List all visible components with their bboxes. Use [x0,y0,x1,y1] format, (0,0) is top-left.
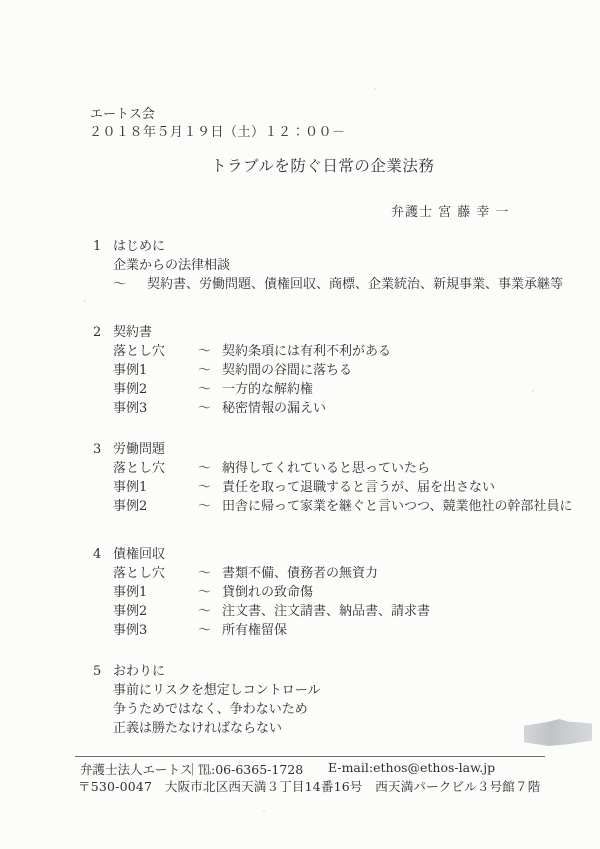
case-label: 事例2 [113,602,198,621]
section-introduction: 1 はじめに 企業からの法律相談 ～ 契約書、労働問題、債権回収、商標、企業統治… [93,237,563,294]
tilde-mark: ～ [113,275,147,294]
line-text: 正義は勝たなければならない [113,719,282,738]
tilde-mark: ～ [198,399,222,418]
speaker-name: 弁護士 宮 藤 幸 一 [391,201,510,220]
case-text: 一方的な解約権 [222,380,313,399]
case-text: 田舎に帰って家業を継ぐと言いつつ、競業他社の幹部社員に [222,497,572,516]
case-row: 事例2 ～ 田舎に帰って家業を継ぐと言いつつ、競業他社の幹部社員に [93,497,572,516]
case-label: 事例1 [113,361,198,380]
line-text: 事前にリスクを想定しコントロール [113,681,320,700]
case-row: 事例2 ～ 一方的な解約権 [93,380,391,399]
section-number: 1 [93,237,113,256]
case-text: 契約間の谷間に落ちる [222,361,352,380]
case-text: 納得してくれていると思っていたら [222,459,430,478]
case-row: 落とし穴 ～ 納得してくれていると思っていたら [93,459,572,478]
org-name: エートス会 [90,103,155,122]
case-row: 落とし穴 ～ 書類不備、債務者の無資力 [93,564,430,583]
section-number: 3 [93,440,113,459]
scan-speck [532,390,534,392]
scan-speck [84,300,86,302]
section-heading-row: 1 はじめに [93,237,563,256]
section-heading-row: 4 債権回収 [93,545,430,564]
section-number: 5 [93,662,113,681]
case-text: 責任を取って退職すると言うが、届を出さない [222,478,495,497]
case-label: 落とし穴 [113,564,198,583]
scan-speck [374,88,376,90]
case-row: 事例1 ～ 貸倒れの致命傷 [93,583,430,602]
tilde-mark: ～ [198,380,222,399]
section-heading: 契約書 [113,323,152,342]
tilde-mark: ～ [198,621,222,640]
case-text: 貸倒れの致命傷 [222,583,313,602]
case-row: 事例2 ～ 注文書、注文請書、納品書、請求書 [93,602,430,621]
tilde-mark: ～ [198,564,222,583]
line-text: 契約書、労働問題、債権回収、商標、企業統治、新規事業、事業承継等 [147,275,563,294]
section-labor-issues: 3 労働問題 落とし穴 ～ 納得してくれていると思っていたら 事例1 ～ 責任を… [93,440,572,516]
case-label: 事例3 [113,621,198,640]
section-number: 4 [93,545,113,564]
case-row: 事例3 ～ 秘密情報の漏えい [93,399,391,418]
tilde-mark: ～ [198,478,222,497]
section-conclusion: 5 おわりに 事前にリスクを想定しコントロール 争うためではなく、争わないため … [93,662,320,738]
case-label: 事例2 [113,380,198,399]
case-text: 契約条項には有利不利がある [222,342,391,361]
footer-divider [75,756,545,757]
section-line: 争うためではなく、争わないため [93,700,320,719]
scan-artifact [524,719,592,746]
section-heading: 債権回収 [113,545,165,564]
section-contracts: 2 契約書 落とし穴 ～ 契約条項には有利不利がある 事例1 ～ 契約間の谷間に… [93,323,391,418]
case-row: 落とし穴 ～ 契約条項には有利不利がある [93,342,391,361]
line-text: 争うためではなく、争わないため [113,700,308,719]
section-heading: はじめに [113,237,165,256]
section-heading-row: 5 おわりに [93,662,320,681]
section-debt-collection: 4 債権回収 落とし穴 ～ 書類不備、債務者の無資力 事例1 ～ 貸倒れの致命傷… [93,545,430,640]
email-address: E-mail:ethos@ethos-law.jp [328,760,495,775]
tilde-mark: ～ [198,459,222,478]
section-heading-row: 2 契約書 [93,323,391,342]
case-label: 事例3 [113,399,198,418]
scan-speck [263,810,265,812]
tilde-mark: ～ [198,361,222,380]
case-label: 落とし穴 [113,342,198,361]
section-line: 事前にリスクを想定しコントロール [93,681,320,700]
case-row: 事例1 ～ 契約間の谷間に落ちる [93,361,391,380]
line-text: 企業からの法律相談 [113,256,230,275]
firm-name: 弁護士法人エートス [80,760,192,778]
scanned-document-page: エートス会 ２０１８年５月１９日（土）１２：００－ トラブルを防ぐ日常の企業法務… [0,0,600,849]
section-line: ～ 契約書、労働問題、債権回収、商標、企業統治、新規事業、事業承継等 [93,275,563,294]
case-row: 事例3 ～ 所有権留保 [93,621,430,640]
case-text: 注文書、注文請書、納品書、請求書 [222,602,430,621]
section-heading: 労働問題 [113,440,165,459]
case-text: 所有権留保 [222,621,287,640]
document-title: トラブルを防ぐ日常の企業法務 [211,154,434,176]
section-line: 企業からの法律相談 [93,256,563,275]
case-text: 書類不備、債務者の無資力 [222,564,378,583]
section-heading-row: 3 労働問題 [93,440,572,459]
case-text: 秘密情報の漏えい [222,399,326,418]
case-label: 事例1 [113,478,198,497]
tilde-mark: ～ [198,497,222,516]
tilde-mark: ～ [198,342,222,361]
tilde-mark: ～ [198,583,222,602]
section-number: 2 [93,323,113,342]
event-datetime: ２０１８年５月１９日（土）１２：００－ [89,121,346,140]
phone-number: ｜℡:06-6365-1728 [186,760,303,778]
case-label: 事例1 [113,583,198,602]
section-line: 正義は勝たなければならない [93,719,320,738]
section-heading: おわりに [113,662,165,681]
case-row: 事例1 ～ 責任を取って退職すると言うが、届を出さない [93,478,572,497]
case-label: 事例2 [113,497,198,516]
tilde-mark: ～ [198,602,222,621]
case-label: 落とし穴 [113,459,198,478]
address-line: 〒530-0047 大阪市北区西天満３丁目14番16号 西天満パークビル３号館７… [78,777,540,795]
